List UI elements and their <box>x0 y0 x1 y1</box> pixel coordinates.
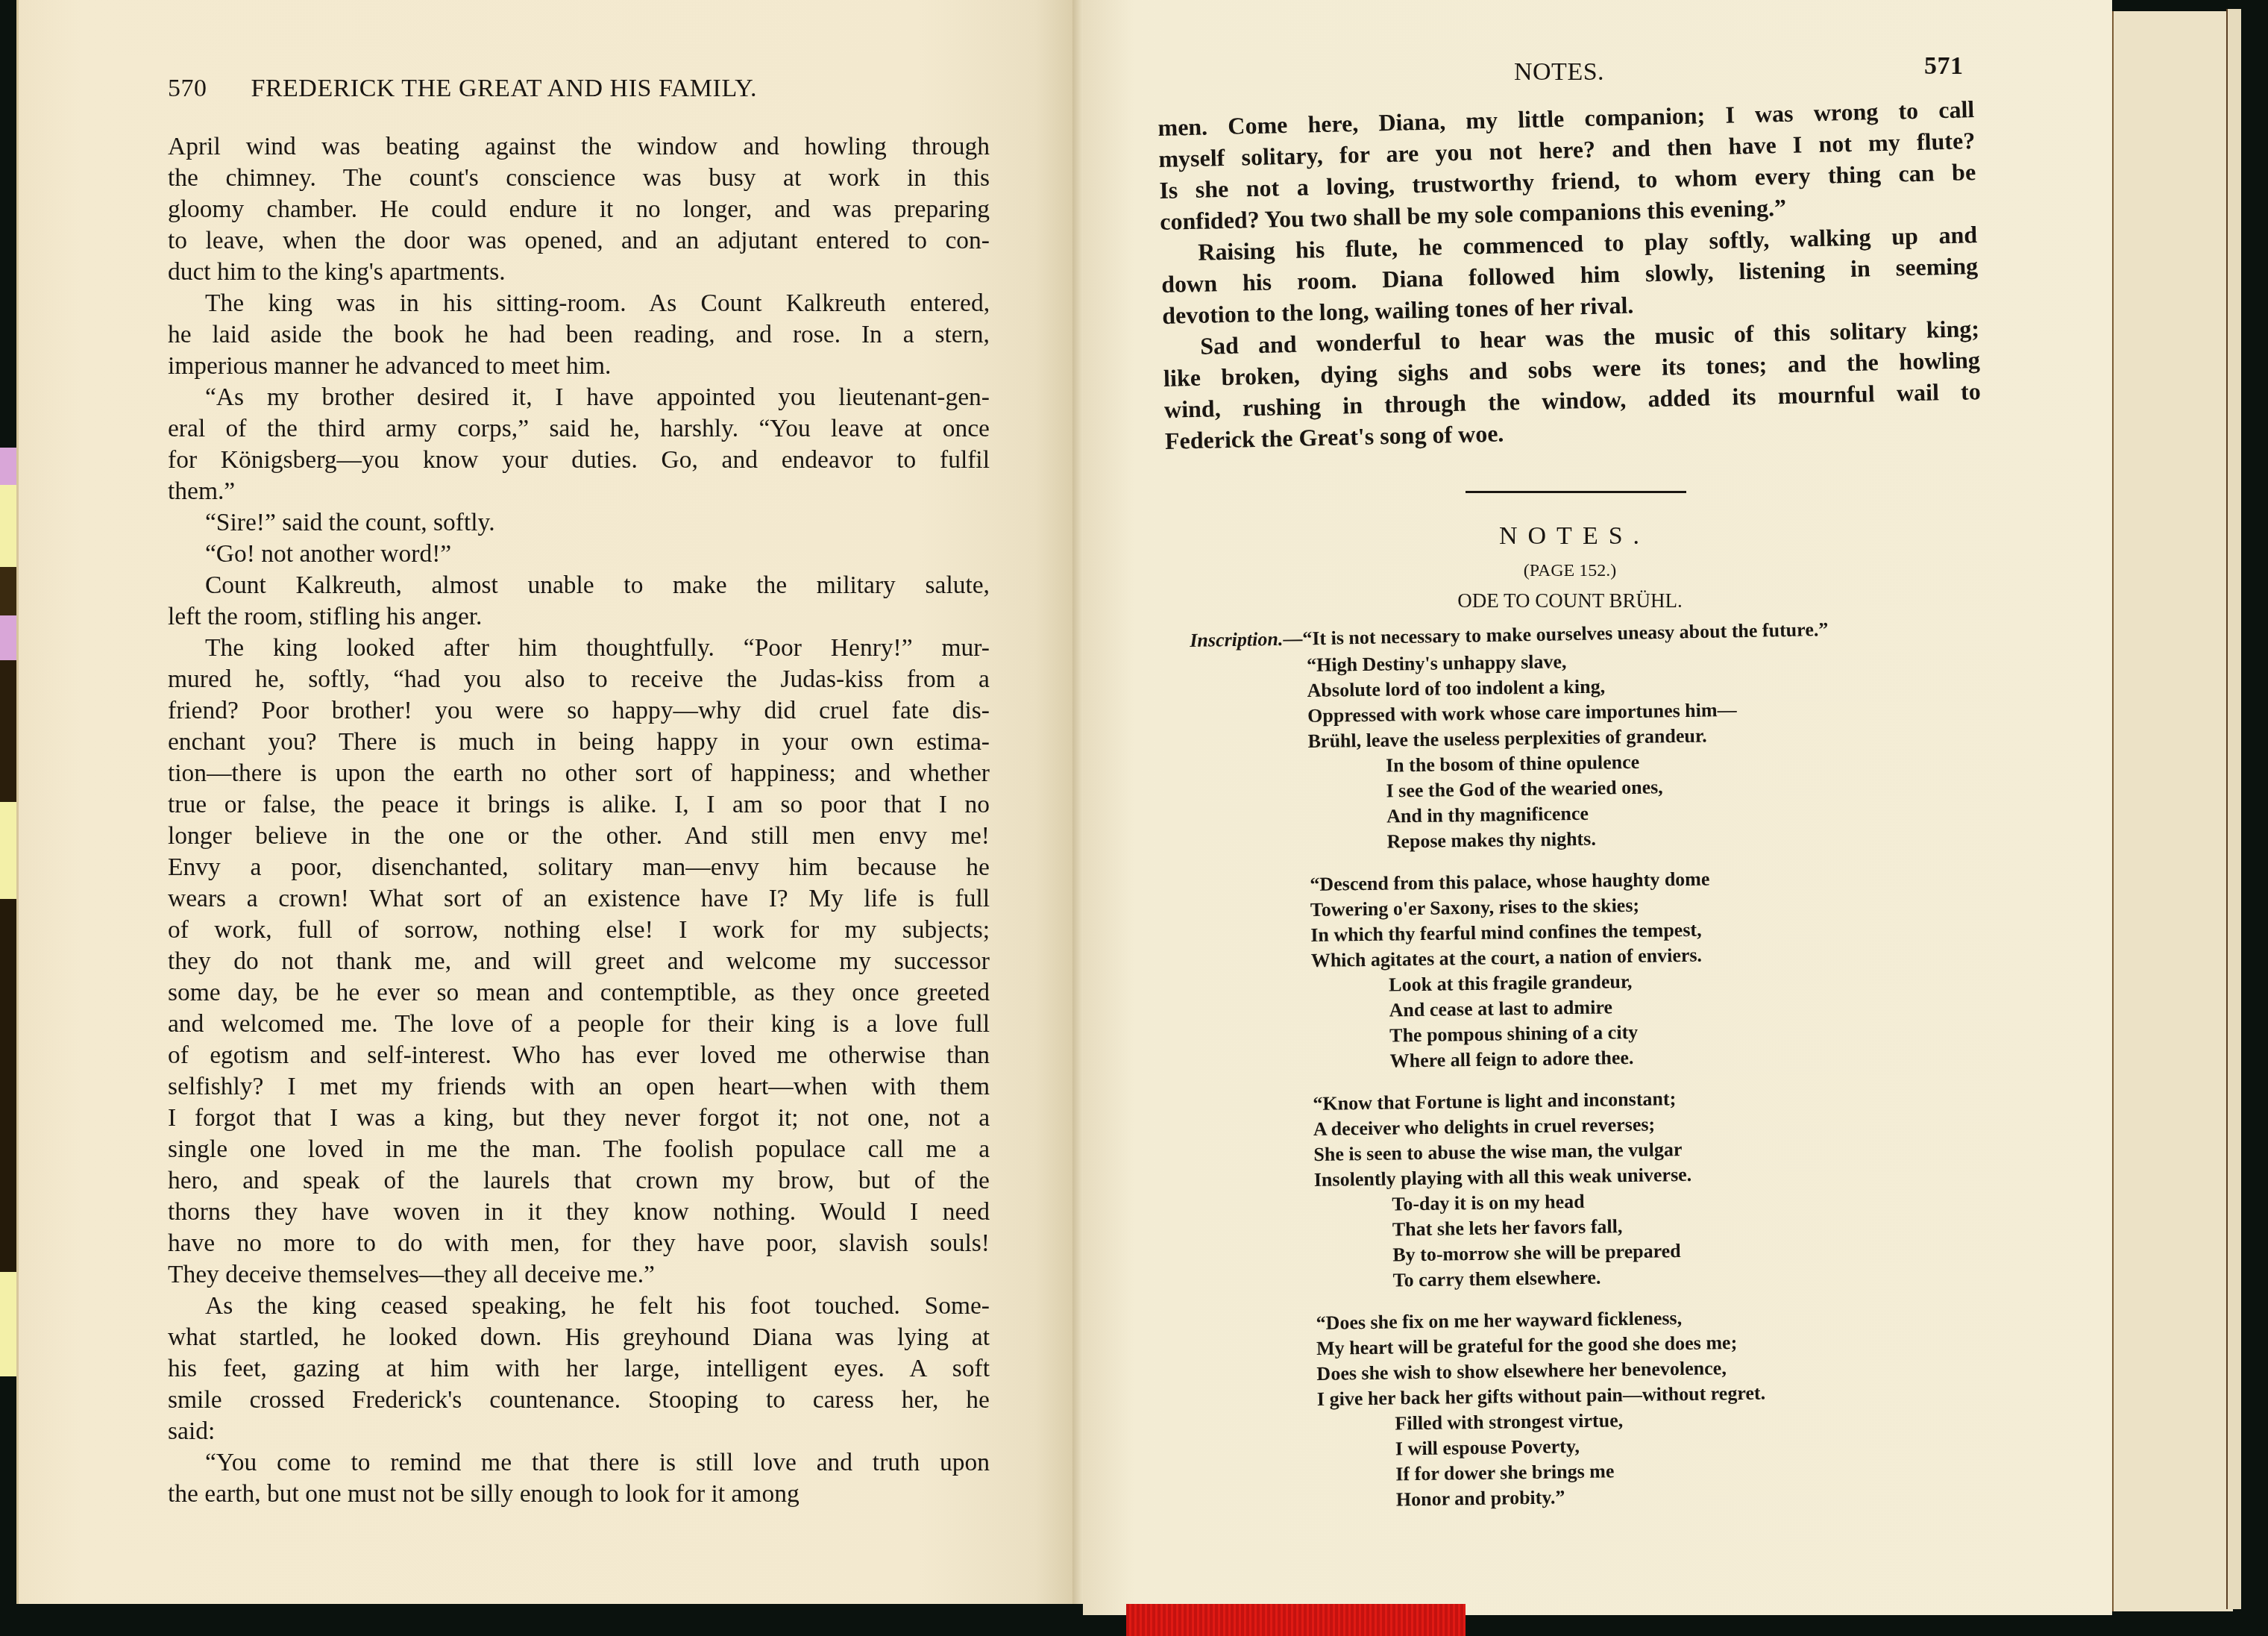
text-line: wears a crown! What sort of an existence… <box>168 883 990 915</box>
text-line: friend? Poor brother! you were so happy—… <box>168 695 990 727</box>
text-line: to leave, when the door was opened, and … <box>168 225 990 257</box>
text-line: have no more to do with men, for they ha… <box>168 1228 990 1259</box>
text-line: of work, full of sorrow, nothing else! I… <box>168 915 990 946</box>
text-line: some day, be he ever so mean and contemp… <box>168 977 990 1009</box>
text-line: The king was in his sitting-room. As Cou… <box>168 288 990 319</box>
running-head-title: FREDERICK THE GREAT AND HIS FAMILY. <box>251 75 757 102</box>
right-page-header-title: NOTES. <box>1514 58 1604 87</box>
text-line: for Königsberg—you know your duties. Go,… <box>168 445 990 476</box>
book-gutter <box>1072 0 1083 1604</box>
paragraph: “You come to remind me that there is sti… <box>168 1447 990 1510</box>
text-line: true or false, the peace it brings is al… <box>168 789 990 821</box>
page-number: 571 <box>1924 52 1964 81</box>
text-line: he laid aside the book he had been readi… <box>168 319 990 351</box>
left-page-header: 570 FREDERICK THE GREAT AND HIS FAMILY. <box>168 75 996 103</box>
text-line: smile crossed Frederick's countenance. S… <box>168 1385 990 1416</box>
text-line: left the room, stifling his anger. <box>168 601 990 633</box>
text-line: “Sire!” said the count, softly. <box>168 507 990 539</box>
right-page-text: men. Come here, Diana, my little compani… <box>1157 93 1982 457</box>
text-line: Envy a poor, disenchanted, solitary man—… <box>168 852 990 883</box>
text-line: said: <box>168 1416 990 1447</box>
page-number: 570 <box>168 75 207 102</box>
poem-stanza: “Does she fix on me her wayward ficklene… <box>1316 1305 1767 1514</box>
paragraph: “As my brother desired it, I have appoin… <box>168 382 990 507</box>
paragraph: “Go! not another word!” <box>168 539 990 570</box>
text-line: “As my brother desired it, I have appoin… <box>168 382 990 413</box>
text-line: duct him to the king's apartments. <box>168 257 990 288</box>
ode-poem: “High Destiny's unhappy slave,Absolute l… <box>1307 647 1768 1530</box>
paragraph: Raising his flute, he commenced to play … <box>1160 219 1979 331</box>
text-line: the earth, but one must not be silly eno… <box>168 1479 990 1510</box>
text-line: “Go! not another word!” <box>168 539 990 570</box>
ode-title: ODE TO COUNT BRÜHL. <box>1402 589 1738 612</box>
text-line: Count Kalkreuth, almost unable to make t… <box>168 570 990 601</box>
text-line: tion—there is upon the earth no other so… <box>168 758 990 789</box>
text-line: what startled, he looked down. His greyh… <box>168 1322 990 1353</box>
paragraph: The king was in his sitting-room. As Cou… <box>168 288 990 382</box>
text-line: I forgot that I was a king, but they nev… <box>168 1103 990 1134</box>
text-line: gloomy chamber. He could endure it no lo… <box>168 194 990 225</box>
text-line: The king looked after him thoughtfully. … <box>168 633 990 664</box>
section-divider <box>1466 491 1686 493</box>
text-line: They deceive themselves—they all deceive… <box>168 1259 990 1291</box>
text-line: longer believe in the one or the other. … <box>168 821 990 852</box>
page-stack-edge <box>2112 11 2233 1611</box>
paragraph: Sad and wonderful to hear was the music … <box>1163 313 1982 457</box>
text-line: imperious manner he advanced to meet him… <box>168 351 990 382</box>
paragraph: The king looked after him thoughtfully. … <box>168 633 990 1291</box>
poem-stanza: “Descend from this palace, whose haughty… <box>1310 866 1761 1075</box>
poem-line: Honor and probity.” <box>1319 1482 1768 1513</box>
notes-title: NOTES. <box>1499 522 1650 551</box>
paragraph: “Sire!” said the count, softly. <box>168 507 990 539</box>
ribbon-bookmark[interactable] <box>1126 1604 1466 1636</box>
text-line: his feet, gazing at him with her large, … <box>168 1353 990 1385</box>
page-reference: (PAGE 152.) <box>1439 561 1700 581</box>
text-line: eral of the third army corps,” said he, … <box>168 413 990 445</box>
poem-stanza: “Know that Fortune is light and inconsta… <box>1313 1085 1764 1294</box>
paragraph: Count Kalkreuth, almost unable to make t… <box>168 570 990 633</box>
paragraph: April wind was beating against the windo… <box>168 131 990 288</box>
text-line: selfishly? I met my friends with an open… <box>168 1071 990 1103</box>
paragraph: As the king ceased speaking, he felt his… <box>168 1291 990 1447</box>
text-line: thorns they have woven in it they know n… <box>168 1197 990 1228</box>
page-stack-edge <box>2226 9 2241 1609</box>
text-line: April wind was beating against the windo… <box>168 131 990 163</box>
text-line: mured he, softly, “had you also to recei… <box>168 664 990 695</box>
poem-line: Repose makes thy nights. <box>1309 824 1758 856</box>
poem-line: To carry them elsewhere. <box>1316 1263 1765 1294</box>
poem-stanza: “High Destiny's unhappy slave,Absolute l… <box>1307 647 1758 856</box>
text-line: of egotism and self-interest. Who has ev… <box>168 1040 990 1071</box>
inscription-label: Inscription. <box>1190 628 1283 651</box>
text-line: enchant you? There is much in being happ… <box>168 727 990 758</box>
text-line: them.” <box>168 476 990 507</box>
text-line: hero, and speak of the laurels that crow… <box>168 1165 990 1197</box>
poem-line: Where all feign to adore thee. <box>1312 1044 1761 1075</box>
text-line: the chimney. The count's conscience was … <box>168 163 990 194</box>
paragraph: men. Come here, Diana, my little compani… <box>1157 93 1977 237</box>
left-page-text: April wind was beating against the windo… <box>168 131 990 1510</box>
text-line: single one loved in me the man. The fool… <box>168 1134 990 1165</box>
text-line: they do not thank me, and will greet and… <box>168 946 990 977</box>
text-line: As the king ceased speaking, he felt his… <box>168 1291 990 1322</box>
text-line: “You come to remind me that there is sti… <box>168 1447 990 1479</box>
text-line: and welcomed me. The love of a people fo… <box>168 1009 990 1040</box>
